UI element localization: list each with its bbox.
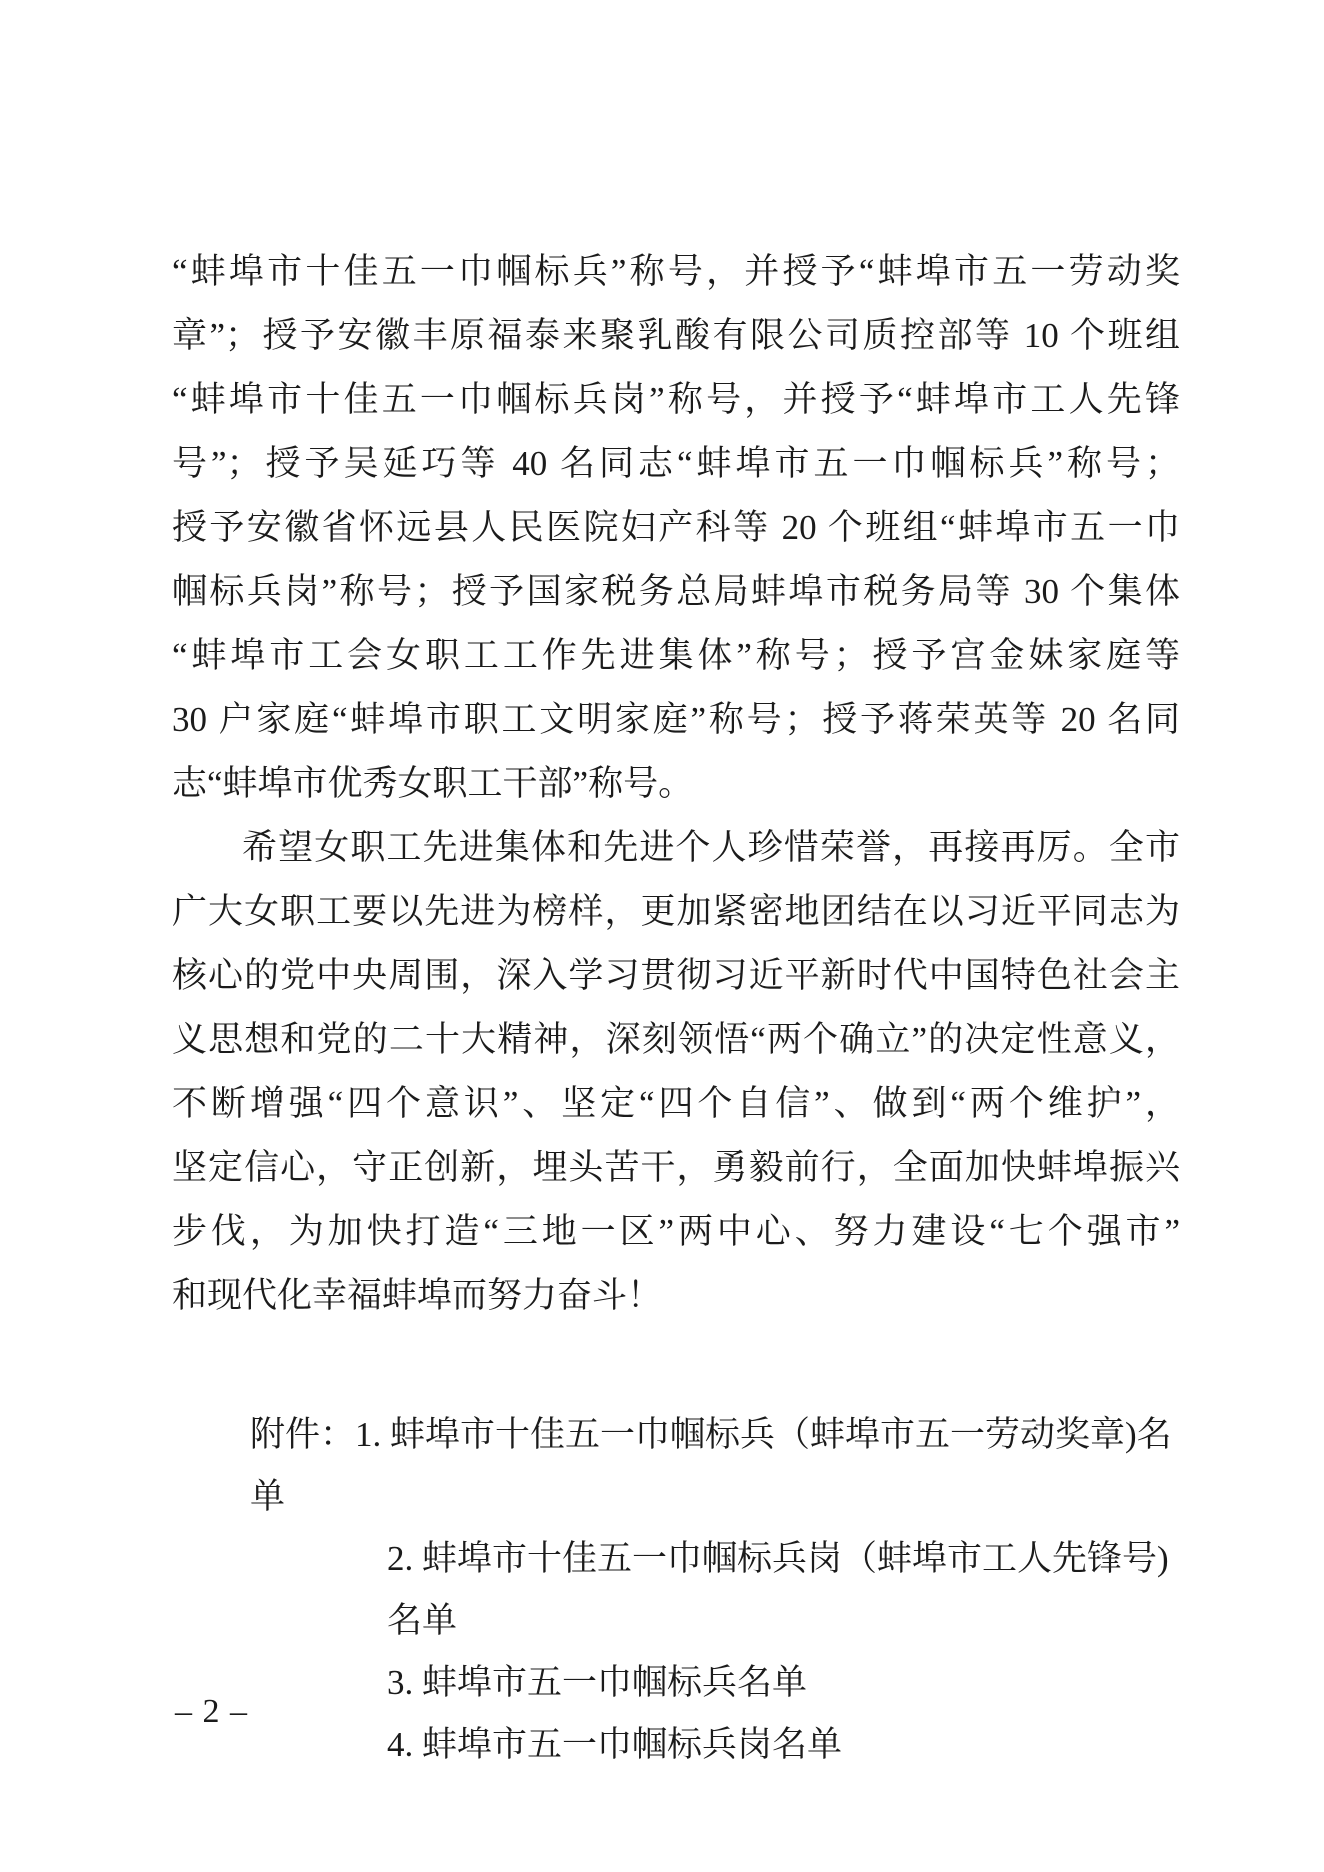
attachment-item: 2. 蚌埠市十佳五一巾帼标兵岗（蚌埠市工人先锋号)名单	[387, 1528, 1190, 1652]
body-line: 30 户家庭“蚌埠市职工文明家庭”称号；授予蒋荣英等 20 名同	[172, 688, 1180, 752]
attachments-list: 附件：1. 蚌埠市十佳五一巾帼标兵（蚌埠市五一劳动奖章)名单 2. 蚌埠市十佳五…	[250, 1404, 1190, 1776]
body-line: 和现代化幸福蚌埠而努力奋斗！	[172, 1264, 1180, 1328]
body-line: 步伐，为加快打造“三地一区”两中心、努力建设“七个强市”	[172, 1200, 1180, 1264]
body-line: 核心的党中央周围，深入学习贯彻习近平新时代中国特色社会主	[172, 944, 1180, 1008]
attachments-label: 附件：	[250, 1415, 355, 1454]
paragraph-hope: 希望女职工先进集体和先进个人珍惜荣誉，再接再厉。全市 广大女职工要以先进为榜样，…	[172, 816, 1180, 1328]
attachment-item: 4. 蚌埠市五一巾帼标兵岗名单	[387, 1714, 1190, 1776]
body-line: 希望女职工先进集体和先进个人珍惜荣誉，再接再厉。全市	[172, 816, 1180, 880]
page-number: – 2 –	[175, 1692, 248, 1732]
body-line: 不断增强“四个意识”、坚定“四个自信”、做到“两个维护”，	[172, 1072, 1180, 1136]
paragraph-awards: “蚌埠市十佳五一巾帼标兵”称号，并授予“蚌埠市五一劳动奖 章”；授予安徽丰原福泰…	[172, 240, 1180, 816]
body-line: “蚌埠市十佳五一巾帼标兵岗”称号，并授予“蚌埠市工人先锋	[172, 368, 1180, 432]
body-line: 章”；授予安徽丰原福泰来聚乳酸有限公司质控部等 10 个班组	[172, 304, 1180, 368]
body-line: 义思想和党的二十大精神，深刻领悟“两个确立”的决定性意义，	[172, 1008, 1180, 1072]
body-line: 授予安徽省怀远县人民医院妇产科等 20 个班组“蚌埠市五一巾	[172, 496, 1180, 560]
body-line: 广大女职工要以先进为榜样，更加紧密地团结在以习近平同志为	[172, 880, 1180, 944]
body-line: “蚌埠市十佳五一巾帼标兵”称号，并授予“蚌埠市五一劳动奖	[172, 240, 1180, 304]
attachment-item: 1. 蚌埠市十佳五一巾帼标兵（蚌埠市五一劳动奖章)名单	[250, 1415, 1172, 1516]
body-line: 坚定信心，守正创新，埋头苦干，勇毅前行，全面加快蚌埠振兴	[172, 1136, 1180, 1200]
document-page: “蚌埠市十佳五一巾帼标兵”称号，并授予“蚌埠市五一劳动奖 章”；授予安徽丰原福泰…	[0, 0, 1324, 1872]
attachment-row: 附件：1. 蚌埠市十佳五一巾帼标兵（蚌埠市五一劳动奖章)名单	[250, 1404, 1190, 1528]
attachment-item: 3. 蚌埠市五一巾帼标兵名单	[387, 1652, 1190, 1714]
body-line: 帼标兵岗”称号；授予国家税务总局蚌埠市税务局等 30 个集体	[172, 560, 1180, 624]
body-line: 志“蚌埠市优秀女职工干部”称号。	[172, 752, 1180, 816]
body-line: 号”；授予吴延巧等 40 名同志“蚌埠市五一巾帼标兵”称号；	[172, 432, 1180, 496]
body-line: “蚌埠市工会女职工工作先进集体”称号；授予宫金妹家庭等	[172, 624, 1180, 688]
document-body: “蚌埠市十佳五一巾帼标兵”称号，并授予“蚌埠市五一劳动奖 章”；授予安徽丰原福泰…	[172, 240, 1180, 1328]
